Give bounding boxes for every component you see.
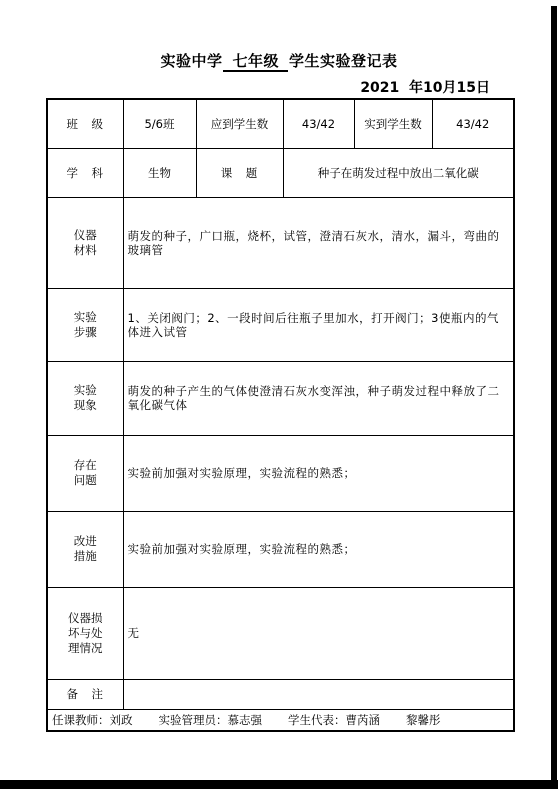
damage-label: 仪器损 坏与处 理情况 — [47, 587, 123, 679]
subject-value: 生物 — [123, 148, 196, 197]
remarks-content — [123, 679, 514, 709]
table-row-materials: 仪器 材料 萌发的种子，广口瓶，烧杯，试管，澄清石灰水，清水，漏斗，弯曲的玻璃管 — [47, 197, 514, 288]
remarks-label: 备 注 — [47, 679, 123, 709]
improvements-content: 实验前加强对实验原理，实验流程的熟悉； — [123, 511, 514, 587]
phenomenon-label: 实验 现象 — [47, 361, 123, 435]
phenomenon-content: 萌发的种子产生的气体使澄清石灰水变浑浊，种子萌发过程中释放了二氧化碳气体 — [123, 361, 514, 435]
actual-students-value: 43/42 — [432, 99, 514, 148]
title-suffix: 学生实验登记表 — [289, 52, 398, 70]
table-row-steps: 实验 步骤 1、关闭阀门；2、一段时间后往瓶子里加水，打开阀门；3使瓶内的气体进… — [47, 288, 514, 361]
topic-value: 种子在萌发过程中放出二氧化碳 — [283, 148, 514, 197]
topic-label: 课 题 — [196, 148, 283, 197]
title-prefix: 实验中学 — [160, 52, 222, 70]
scan-edge-bottom — [0, 780, 558, 789]
subject-label: 学 科 — [47, 148, 123, 197]
class-label: 班 级 — [47, 99, 123, 148]
table-row-class: 班 级 5/6班 应到学生数 43/42 实到学生数 43/42 — [47, 99, 514, 148]
materials-content: 萌发的种子，广口瓶，烧杯，试管，澄清石灰水，清水，漏斗，弯曲的玻璃管 — [123, 197, 514, 288]
table-row-damage: 仪器损 坏与处 理情况 无 — [47, 587, 514, 679]
signature-row: 任课教师：刘政实验管理员：慕志强学生代表：曹芮涵黎馨彤 — [47, 709, 514, 731]
document-date: 2021 年10月15日 — [360, 77, 490, 97]
teacher-signature: 任课教师：刘政 — [52, 713, 133, 727]
table-row-phenomenon: 实验 现象 萌发的种子产生的气体使澄清石灰水变浑浊，种子萌发过程中释放了二氧化碳… — [47, 361, 514, 435]
title-grade-underlined: 七年级 — [223, 53, 288, 72]
lab-manager-signature: 实验管理员：慕志强 — [159, 713, 263, 727]
table-row-improvements: 改进 措施 实验前加强对实验原理，实验流程的熟悉； — [47, 511, 514, 587]
table-row-remarks: 备 注 — [47, 679, 514, 709]
improvements-label: 改进 措施 — [47, 511, 123, 587]
experiment-registration-table: 班 级 5/6班 应到学生数 43/42 实到学生数 43/42 学 科 生物 … — [46, 98, 515, 732]
problems-content: 实验前加强对实验原理，实验流程的熟悉； — [123, 435, 514, 511]
actual-students-label: 实到学生数 — [354, 99, 432, 148]
expected-students-value: 43/42 — [283, 99, 354, 148]
page-title: 实验中学七年级学生实验登记表 — [0, 50, 558, 72]
steps-content: 1、关闭阀门；2、一段时间后往瓶子里加水，打开阀门；3使瓶内的气体进入试管 — [123, 288, 514, 361]
table-row-problems: 存在 问题 实验前加强对实验原理，实验流程的熟悉； — [47, 435, 514, 511]
student-rep-signature: 学生代表：曹芮涵 — [288, 713, 380, 727]
damage-content: 无 — [123, 587, 514, 679]
student-rep2-signature: 黎馨彤 — [406, 713, 441, 727]
class-value: 5/6班 — [123, 99, 196, 148]
scan-edge-right — [551, 6, 557, 789]
expected-students-label: 应到学生数 — [196, 99, 283, 148]
document-page: 实验中学七年级学生实验登记表 2021 年10月15日 班 级 5/6班 应到学… — [0, 0, 558, 789]
problems-label: 存在 问题 — [47, 435, 123, 511]
steps-label: 实验 步骤 — [47, 288, 123, 361]
table-row-signatures: 任课教师：刘政实验管理员：慕志强学生代表：曹芮涵黎馨彤 — [47, 709, 514, 731]
materials-label: 仪器 材料 — [47, 197, 123, 288]
table-row-subject: 学 科 生物 课 题 种子在萌发过程中放出二氧化碳 — [47, 148, 514, 197]
